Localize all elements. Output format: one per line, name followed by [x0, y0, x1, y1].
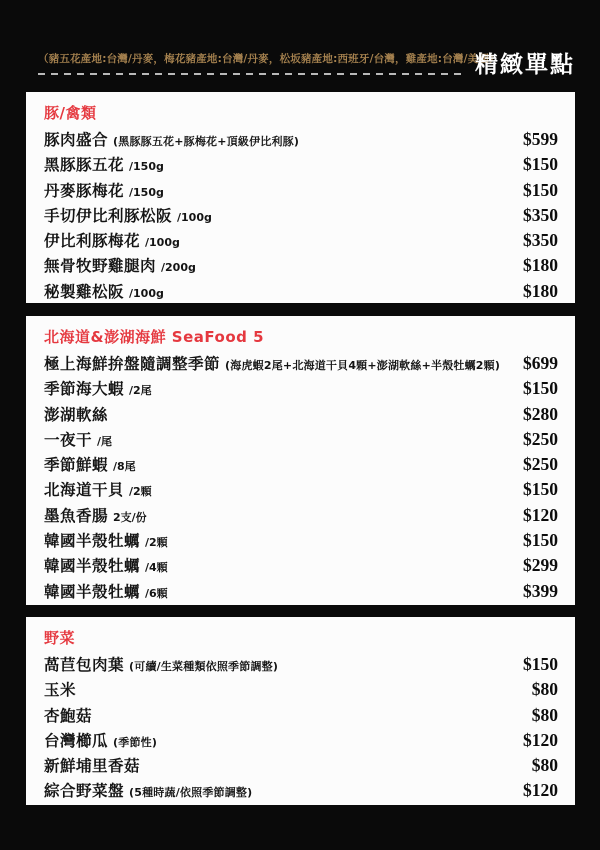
item-price: $150 [523, 479, 558, 500]
menu-item-row: 極上海鮮拚盤隨調整季節 (海虎蝦2尾+北海道干貝4顆+澎湖軟絲+半殼牡蠣2顆) … [44, 352, 558, 377]
item-price: $150 [523, 154, 558, 175]
item-name: 豚肉盛合 [44, 128, 108, 150]
menu-item-row: 手切伊比利豚松阪 /100g $350 [44, 204, 558, 229]
item-name: 萵苣包肉葉 [44, 653, 124, 675]
item-name: 伊比利豚梅花 [44, 229, 140, 251]
item-name: 韓國半殼牡蠣 [44, 554, 140, 576]
item-price: $280 [523, 404, 558, 425]
item-name: 玉米 [44, 678, 76, 700]
item-note: (海虎蝦2尾+北海道干貝4顆+澎湖軟絲+半殼牡蠣2顆) [225, 357, 500, 373]
item-price: $80 [532, 755, 558, 776]
menu-header: （豬五花產地:台灣/丹麥，梅花豬產地:台灣/丹麥，松坂豬產地:西班牙/台灣，雞產… [38, 46, 575, 79]
menu-item-row: 季節海大蝦 /2尾 $150 [44, 377, 558, 402]
menu-item-row: 新鮮埔里香菇 $80 [44, 754, 558, 779]
item-note: (可續/生菜種類依照季節調整) [129, 658, 278, 674]
item-price: $250 [523, 429, 558, 450]
item-name: 新鮮埔里香菇 [44, 754, 140, 776]
item-name: 綜合野菜盤 [44, 779, 124, 801]
menu-item-row: 韓國半殼牡蠣 /4顆 $299 [44, 554, 558, 579]
menu-section-card: 野菜 萵苣包肉葉 (可續/生菜種類依照季節調整) $150 玉米 $80 杏鮑菇… [26, 617, 575, 805]
item-price: $120 [523, 780, 558, 801]
item-name: 杏鮑菇 [44, 704, 92, 726]
item-name: 黑豚豚五花 [44, 153, 124, 175]
menu-item-row: 無骨牧野雞腿肉 /200g $180 [44, 254, 558, 279]
item-spec: /100g [129, 287, 164, 300]
item-name: 韓國半殼牡蠣 [44, 529, 140, 551]
item-spec: /2顆 [129, 483, 152, 499]
section-rows: 萵苣包肉葉 (可續/生菜種類依照季節調整) $150 玉米 $80 杏鮑菇 $8… [44, 653, 558, 805]
item-name: 秘製雞松阪 [44, 280, 124, 302]
item-price: $120 [523, 730, 558, 751]
item-price: $399 [523, 581, 558, 602]
item-price: $120 [523, 505, 558, 526]
section-heading: 北海道&澎湖海鮮 SeaFood 5 [44, 328, 558, 346]
item-name: 丹麥豚梅花 [44, 179, 124, 201]
section-heading: 野菜 [44, 629, 558, 647]
menu-item-row: 杏鮑菇 $80 [44, 704, 558, 729]
item-price: $150 [523, 378, 558, 399]
menu-item-row: 黑豚豚五花 /150g $150 [44, 153, 558, 178]
menu-item-row: 豚肉盛合 (黑豚豚五花+豚梅花+頂級伊比利豚) $599 [44, 128, 558, 153]
item-price: $150 [523, 180, 558, 201]
item-spec: /100g [177, 211, 212, 224]
section-heading: 豚/禽類 [44, 104, 558, 122]
menu-page: （豬五花產地:台灣/丹麥，梅花豬產地:台灣/丹麥，松坂豬產地:西班牙/台灣，雞產… [0, 0, 600, 850]
item-note: (季節性) [113, 734, 157, 750]
item-price: $350 [523, 205, 558, 226]
menu-item-row: 墨魚香腸 2支/份 $120 [44, 504, 558, 529]
item-price: $599 [523, 129, 558, 150]
item-spec: /2顆 [145, 534, 168, 550]
item-price: $250 [523, 454, 558, 475]
item-name: 韓國半殼牡蠣 [44, 580, 140, 602]
menu-item-row: 澎湖軟絲 $280 [44, 403, 558, 428]
item-spec: /100g [145, 236, 180, 249]
item-price: $150 [523, 654, 558, 675]
origin-note: （豬五花產地:台灣/丹麥，梅花豬產地:台灣/丹麥，松坂豬產地:西班牙/台灣，雞產… [38, 51, 463, 66]
header-left: （豬五花產地:台灣/丹麥，梅花豬產地:台灣/丹麥，松坂豬產地:西班牙/台灣，雞產… [38, 51, 463, 75]
item-name: 墨魚香腸 [44, 504, 108, 526]
item-name: 北海道干貝 [44, 478, 124, 500]
section-rows: 極上海鮮拚盤隨調整季節 (海虎蝦2尾+北海道干貝4顆+澎湖軟絲+半殼牡蠣2顆) … [44, 352, 558, 605]
item-price: $699 [523, 353, 558, 374]
menu-section-card: 豚/禽類 豚肉盛合 (黑豚豚五花+豚梅花+頂級伊比利豚) $599 黑豚豚五花 … [26, 92, 575, 303]
item-price: $299 [523, 555, 558, 576]
item-spec: /6顆 [145, 585, 168, 601]
item-spec: /4顆 [145, 559, 168, 575]
item-name: 澎湖軟絲 [44, 403, 108, 425]
menu-item-row: 綜合野菜盤 (5種時蔬/依照季節調整) $120 [44, 779, 558, 804]
menu-item-row: 玉米 $80 [44, 678, 558, 703]
item-price: $350 [523, 230, 558, 251]
item-spec: /150g [129, 186, 164, 199]
item-name: 台灣櫛瓜 [44, 729, 108, 751]
menu-section-card: 北海道&澎湖海鮮 SeaFood 5 極上海鮮拚盤隨調整季節 (海虎蝦2尾+北海… [26, 316, 575, 605]
item-spec: /8尾 [113, 458, 136, 474]
item-note: (黑豚豚五花+豚梅花+頂級伊比利豚) [113, 133, 299, 149]
item-price: $80 [532, 679, 558, 700]
menu-item-row: 北海道干貝 /2顆 $150 [44, 478, 558, 503]
menu-item-row: 丹麥豚梅花 /150g $150 [44, 179, 558, 204]
menu-item-row: 萵苣包肉葉 (可續/生菜種類依照季節調整) $150 [44, 653, 558, 678]
section-rows: 豚肉盛合 (黑豚豚五花+豚梅花+頂級伊比利豚) $599 黑豚豚五花 /150g… [44, 128, 558, 305]
item-spec: 2支/份 [113, 509, 147, 525]
dashed-divider [38, 73, 463, 75]
item-spec: /2尾 [129, 382, 152, 398]
menu-item-row: 韓國半殼牡蠣 /2顆 $150 [44, 529, 558, 554]
item-name: 一夜干 [44, 428, 92, 450]
item-note: (5種時蔬/依照季節調整) [129, 784, 252, 800]
menu-item-row: 韓國半殼牡蠣 /6顆 $399 [44, 580, 558, 605]
menu-item-row: 伊比利豚梅花 /100g $350 [44, 229, 558, 254]
item-name: 季節海大蝦 [44, 377, 124, 399]
item-spec: /尾 [97, 433, 112, 449]
item-name: 極上海鮮拚盤隨調整季節 [44, 352, 220, 374]
item-name: 手切伊比利豚松阪 [44, 204, 172, 226]
item-name: 季節鮮蝦 [44, 453, 108, 475]
item-spec: /150g [129, 160, 164, 173]
page-title: 精緻單點 [475, 46, 575, 79]
menu-item-row: 季節鮮蝦 /8尾 $250 [44, 453, 558, 478]
menu-item-row: 一夜干 /尾 $250 [44, 428, 558, 453]
menu-item-row: 台灣櫛瓜 (季節性) $120 [44, 729, 558, 754]
item-price: $80 [532, 705, 558, 726]
item-spec: /200g [161, 261, 196, 274]
item-price: $180 [523, 255, 558, 276]
item-price: $180 [523, 281, 558, 302]
menu-item-row: 秘製雞松阪 /100g $180 [44, 280, 558, 305]
item-price: $150 [523, 530, 558, 551]
item-name: 無骨牧野雞腿肉 [44, 254, 156, 276]
